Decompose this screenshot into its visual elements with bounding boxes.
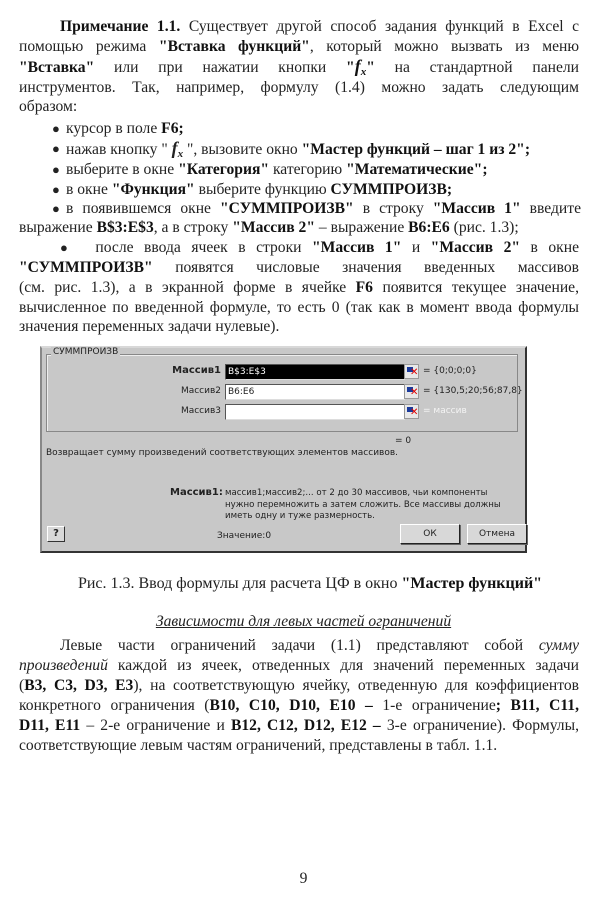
value-readout: Значение:0	[217, 531, 271, 541]
para2-line-2: произведений каждой из ячеек, отведенных…	[19, 656, 579, 675]
arg-help-text: массив1;массив2;... от 2 до 30 массивов,…	[225, 488, 505, 523]
arguments-group: СУММПРОИЗВ Массив1 B$3:E$3 ✕ = {0;0;0;0}…	[46, 354, 518, 432]
arg-label: Массив2	[181, 386, 221, 396]
group-title: СУММПРОИЗВ	[51, 347, 120, 357]
list-item: ● в окне "Функция" выберите функцию СУММ…	[66, 180, 581, 199]
note-line-4: инструментов. Так, например, формулу (1.…	[19, 78, 579, 97]
ok-button[interactable]: ОК	[400, 524, 460, 544]
help-icon: ?	[53, 528, 59, 539]
cancel-button[interactable]: Отмена	[467, 524, 527, 544]
para2-line-3: (B3, C3, D3, E3), на соответствующую яче…	[19, 676, 579, 695]
arg-row-1: Массив1 B$3:E$3 ✕ = {0;0;0;0}	[47, 364, 517, 380]
list-item-continuation: выражение B$3:E$3, а в строку "Массив 2"…	[19, 218, 579, 237]
arg-help-name: Массив1:	[170, 487, 223, 498]
bullet-icon: ●	[52, 180, 60, 199]
array3-input[interactable]	[225, 404, 405, 420]
note-line-5: образом:	[19, 97, 579, 116]
function-description: Возвращает сумму произведений соответств…	[46, 448, 398, 458]
list-item: ● после ввода ячеек в строки "Массив 1" …	[19, 238, 579, 257]
collapse-dialog-button[interactable]: ✕	[404, 404, 419, 419]
array2-input[interactable]: B6:E6	[225, 384, 405, 400]
arg-result: = {130,5;20;56;87,8}	[423, 386, 523, 396]
bullet-icon: ●	[52, 199, 60, 218]
help-button[interactable]: ?	[47, 526, 65, 542]
arg-row-2: Массив2 B6:E6 ✕ = {130,5;20;56;87,8}	[47, 384, 517, 400]
bullet-icon: ●	[52, 119, 60, 138]
note-line-2: помощью режима "Вставка функций", которы…	[19, 37, 579, 56]
collapse-dialog-button[interactable]: ✕	[404, 384, 419, 399]
step6-line-2: "СУММПРОИЗВ" появятся числовые значения …	[19, 258, 579, 277]
arg-label: Массив3	[181, 406, 221, 416]
list-item: ● курсор в поле F6;	[66, 119, 581, 138]
fx-icon: fx	[355, 56, 367, 76]
page-number: 9	[0, 870, 607, 888]
document-page: Примечание 1.1. Существует другой способ…	[0, 0, 607, 900]
fx-icon: fx	[172, 138, 184, 158]
bullet-icon: ●	[60, 240, 74, 255]
figure-caption: Рис. 1.3. Ввод формулы для расчета ЦФ в …	[60, 575, 560, 593]
list-item: ● выберите в окне "Категория" категорию …	[66, 160, 581, 179]
list-item: ● в появившемся окне "СУММПРОИЗВ" в стро…	[66, 199, 581, 218]
para2-line-4: конкретного ограничения (B10, C10, D10, …	[19, 696, 579, 715]
arg-label: Массив1	[172, 365, 221, 376]
bullet-icon: ●	[52, 160, 60, 179]
para2-line-1: Левые части ограничений задачи (1.1) пре…	[19, 636, 579, 655]
note-lead: Примечание 1.1.	[60, 18, 180, 35]
collapse-dialog-button[interactable]: ✕	[404, 364, 419, 379]
para2-line-5: D11, E11 – 2-е ограничение и B12, C12, D…	[19, 716, 579, 735]
formula-result: = 0	[395, 436, 411, 446]
arg-row-3: Массив3 ✕ = массив	[47, 404, 517, 420]
step6-line-4: вычисленное по введенной формуле, то ест…	[19, 298, 579, 317]
arg-result: = {0;0;0;0}	[423, 366, 477, 376]
step6-line-3: (см. рис. 1.3), а в экранной форме в яче…	[19, 278, 579, 297]
arg-result: = массив	[423, 406, 467, 416]
para2-line-6: соответствующие левым частям ограничений…	[19, 736, 579, 755]
summproizv-dialog: СУММПРОИЗВ Массив1 B$3:E$3 ✕ = {0;0;0;0}…	[40, 346, 527, 553]
array1-input[interactable]: B$3:E$3	[225, 364, 405, 380]
section-subheading: Зависимости для левых частей ограничений	[0, 613, 607, 631]
bullet-icon: ●	[52, 139, 60, 158]
step6-line-5: значения переменных задачи нулевые).	[19, 317, 579, 336]
note-line-1: Примечание 1.1. Существует другой способ…	[19, 17, 579, 36]
